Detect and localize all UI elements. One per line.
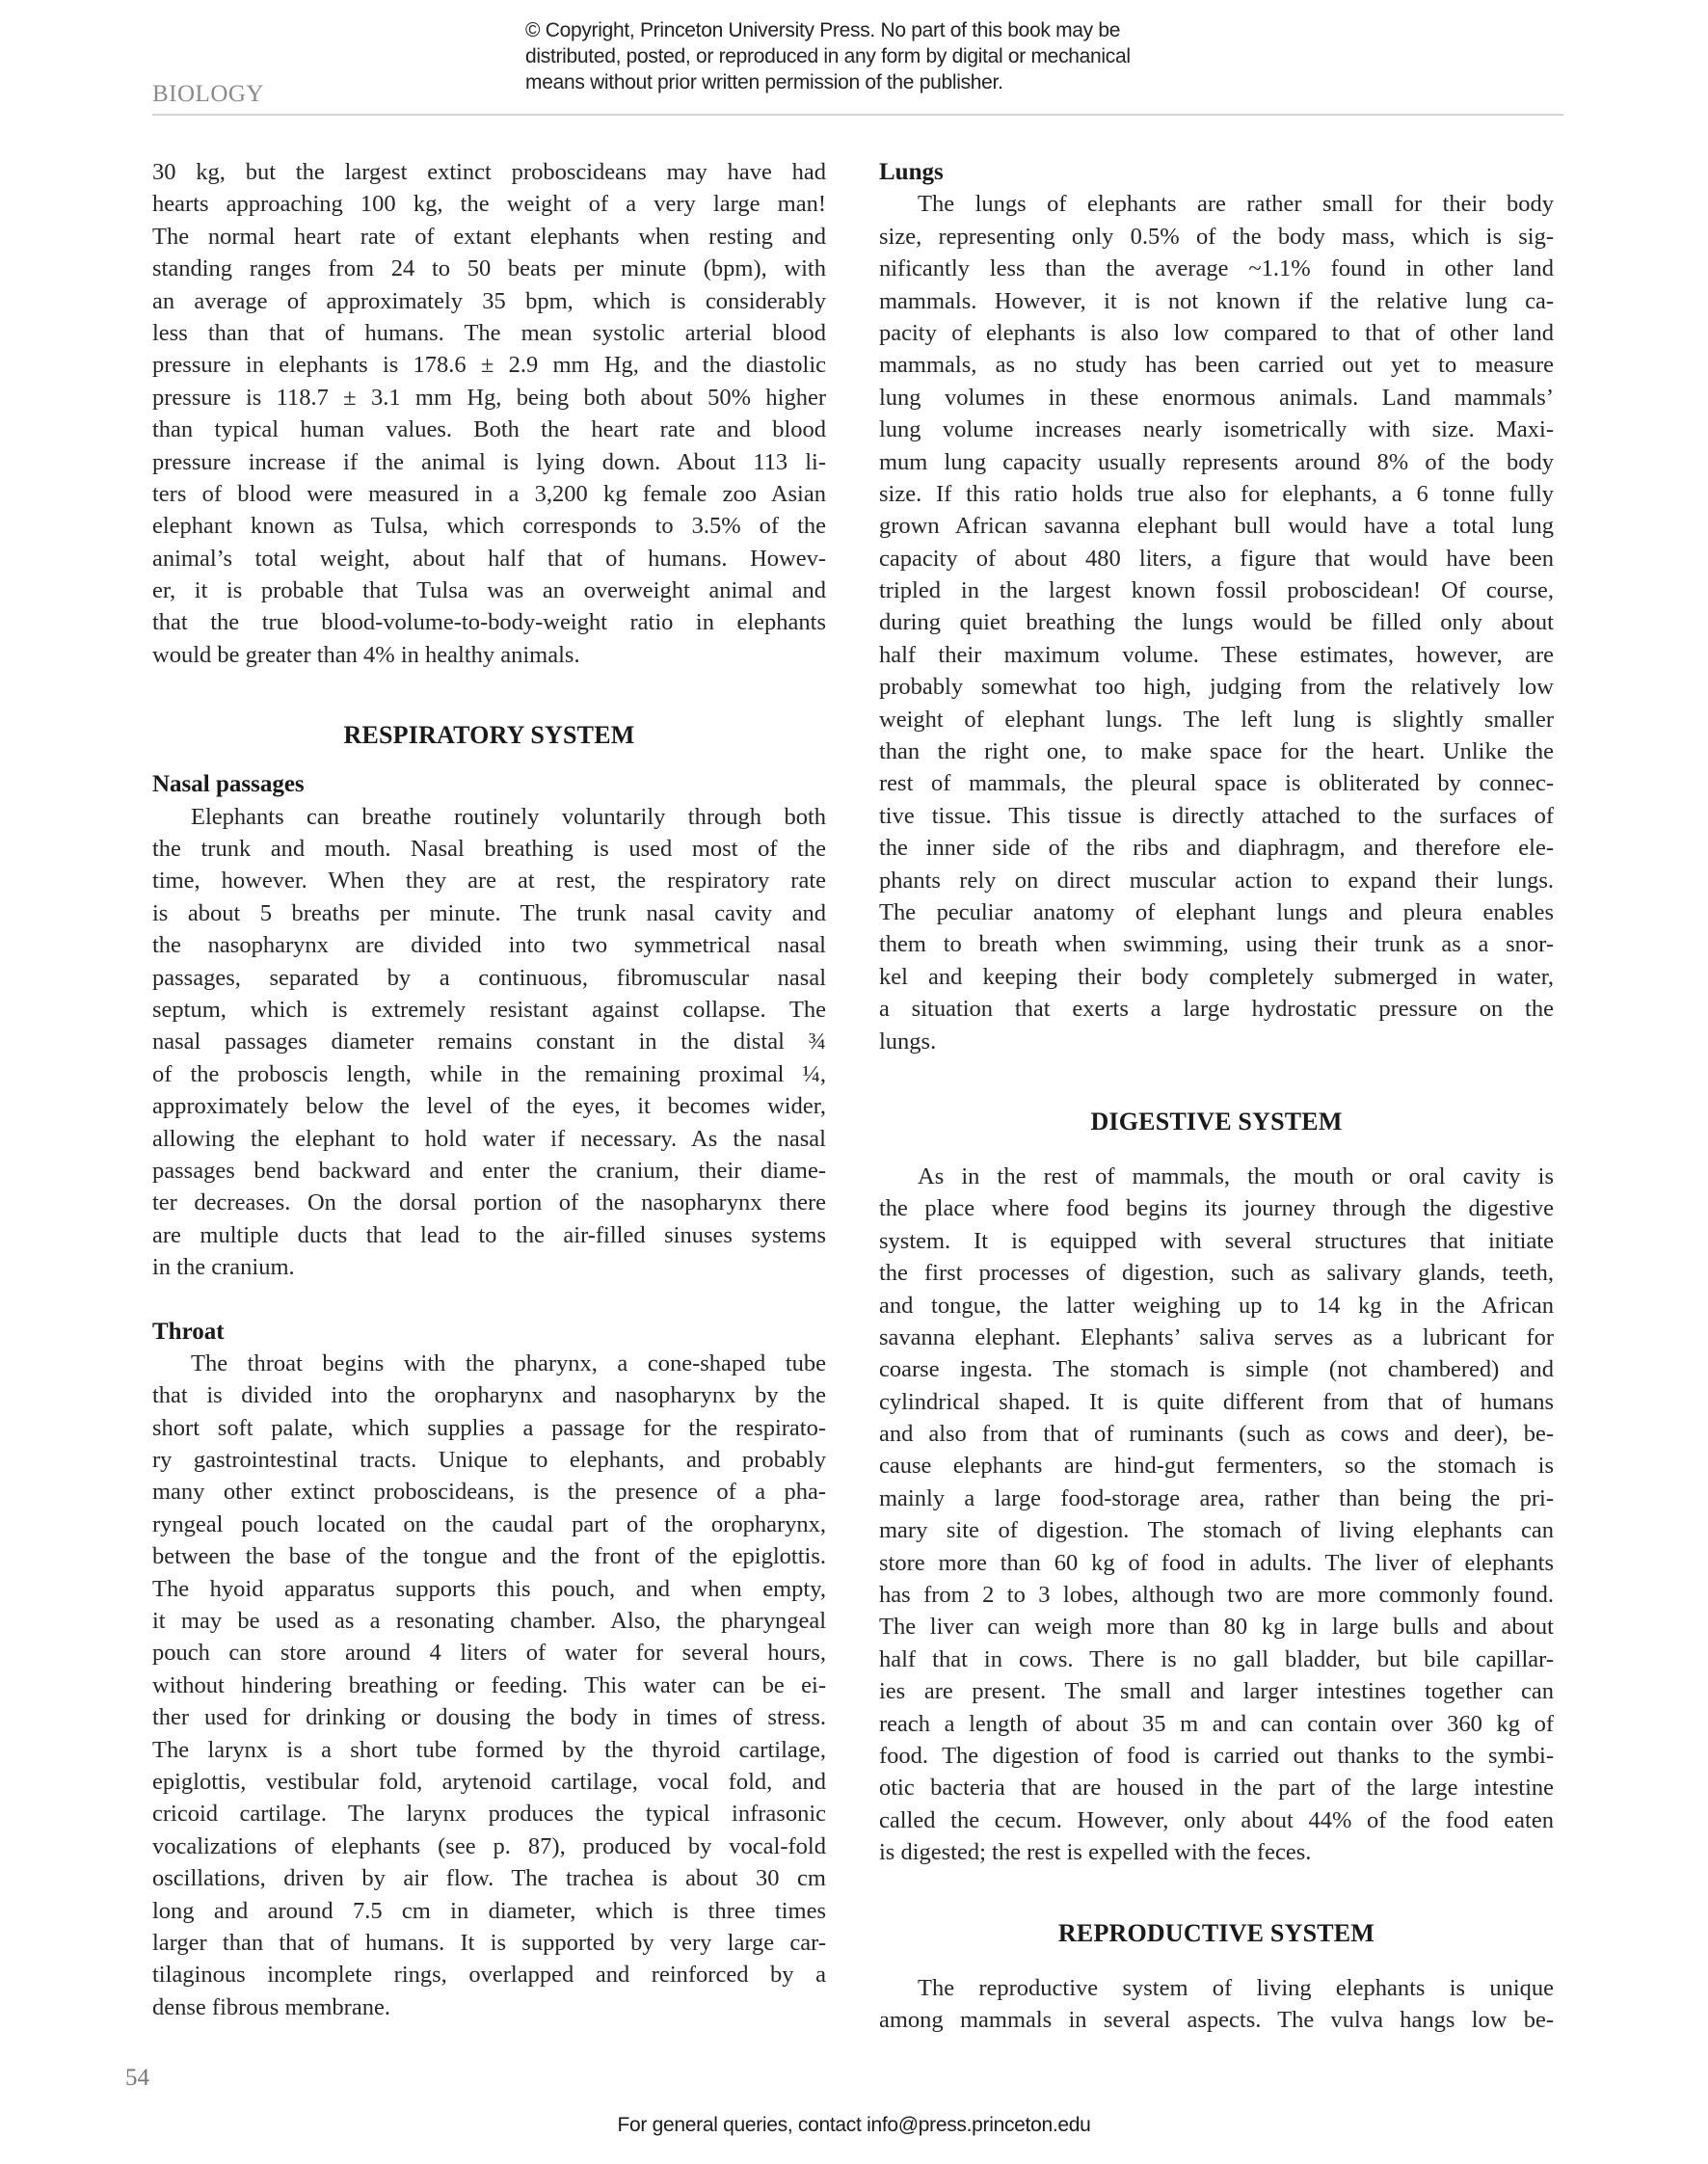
subheading-nasal-passages: Nasal passages <box>152 768 826 800</box>
text-line: septum, which is extremely resistant aga… <box>152 994 826 1026</box>
text-line: mammals, as no study has been carried ou… <box>879 349 1554 381</box>
text-line: short soft palate, which supplies a pass… <box>152 1412 826 1444</box>
text-line: mary site of digestion. The stomach of l… <box>879 1514 1554 1546</box>
copyright-notice: © Copyright, Princeton University Press.… <box>525 17 1200 95</box>
text-line: savanna elephant. Elephants’ saliva serv… <box>879 1322 1554 1353</box>
text-line: tripled in the largest known fossil prob… <box>879 574 1554 606</box>
text-line: nificantly less than the average ~1.1% f… <box>879 253 1554 284</box>
text-line: approximately below the level of the eye… <box>152 1090 826 1122</box>
subheading-lungs: Lungs <box>879 156 1554 188</box>
nasal-paragraph: Elephants can breathe routinely voluntar… <box>152 801 826 1284</box>
text-line: long and around 7.5 cm in diameter, whic… <box>152 1895 826 1927</box>
text-line: ryngeal pouch located on the caudal part… <box>152 1509 826 1540</box>
text-line: larger than that of humans. It is suppor… <box>152 1927 826 1959</box>
footer-contact: For general queries, contact info@press.… <box>0 2114 1708 2137</box>
text-line: that is divided into the oropharynx and … <box>152 1379 826 1411</box>
text-line: ry gastrointestinal tracts. Unique to el… <box>152 1444 826 1476</box>
text-line: coarse ingesta. The stomach is simple (n… <box>879 1353 1554 1385</box>
text-line: epiglottis, vestibular fold, arytenoid c… <box>152 1766 826 1798</box>
text-line: the place where food begins its journey … <box>879 1192 1554 1224</box>
text-line: Elephants can breathe routinely voluntar… <box>152 801 826 833</box>
text-line: ies are present. The small and larger in… <box>879 1675 1554 1707</box>
text-line: mainly a large food-storage area, rather… <box>879 1483 1554 1514</box>
text-line: among mammals in several aspects. The vu… <box>879 2004 1554 2036</box>
text-line: animal’s total weight, about half that o… <box>152 543 826 574</box>
text-line: lung volume increases nearly isometrical… <box>879 414 1554 445</box>
header-rule <box>152 114 1563 116</box>
lungs-paragraph: The lungs of elephants are rather small … <box>879 188 1554 1057</box>
page-number: 54 <box>125 2065 149 2092</box>
text-line: weight of elephant lungs. The left lung … <box>879 704 1554 735</box>
text-line: pressure is 118.7 ± 3.1 mm Hg, being bot… <box>152 382 826 414</box>
text-line: that the true blood-volume-to-body-weigh… <box>152 606 826 638</box>
text-line: are multiple ducts that lead to the air-… <box>152 1219 826 1251</box>
text-line: an average of approximately 35 bpm, whic… <box>152 285 826 317</box>
text-line: phants rely on direct muscular action to… <box>879 865 1554 896</box>
text-line: pressure increase if the animal is lying… <box>152 446 826 478</box>
text-line: than typical human values. Both the hear… <box>152 414 826 445</box>
text-line: a situation that exerts a large hydrosta… <box>879 993 1554 1025</box>
text-line: and tongue, the latter weighing up to 14… <box>879 1290 1554 1322</box>
text-line: pouch can store around 4 liters of water… <box>152 1637 826 1669</box>
section-title-respiratory: RESPIRATORY SYSTEM <box>152 716 826 755</box>
throat-paragraph: The throat begins with the pharynx, a co… <box>152 1348 826 2023</box>
copyright-line: means without prior written permission o… <box>525 69 1200 95</box>
text-line: standing ranges from 24 to 50 beats per … <box>152 253 826 284</box>
text-line: the nasopharynx are divided into two sym… <box>152 929 826 961</box>
text-line: food. The digestion of food is carried o… <box>879 1740 1554 1772</box>
text-line: vocalizations of elephants (see p. 87), … <box>152 1830 826 1862</box>
text-line: cylindrical shaped. It is quite differen… <box>879 1386 1554 1418</box>
text-line: elephant known as Tulsa, which correspon… <box>152 510 826 542</box>
text-line: ters of blood were measured in a 3,200 k… <box>152 478 826 510</box>
text-line: it may be used as a resonating chamber. … <box>152 1605 826 1637</box>
text-line: of the proboscis length, while in the re… <box>152 1058 826 1090</box>
reproductive-paragraph: The reproductive system of living elepha… <box>879 1972 1554 2037</box>
text-line: is about 5 breaths per minute. The trunk… <box>152 897 826 929</box>
copyright-line: © Copyright, Princeton University Press.… <box>525 17 1200 43</box>
text-line: passages, separated by a continuous, fib… <box>152 962 826 994</box>
intro-paragraph: 30 kg, but the largest extinct proboscid… <box>152 156 826 671</box>
text-line: tilaginous incomplete rings, overlapped … <box>152 1959 826 1990</box>
text-line: would be greater than 4% in healthy anim… <box>152 639 826 671</box>
text-line: without hindering breathing or feeding. … <box>152 1670 826 1701</box>
text-line: allowing the elephant to hold water if n… <box>152 1123 826 1155</box>
running-head: BIOLOGY <box>152 81 264 108</box>
text-line: er, it is probable that Tulsa was an ove… <box>152 574 826 606</box>
text-line: them to breath when swimming, using thei… <box>879 928 1554 960</box>
text-line: the first processes of digestion, such a… <box>879 1257 1554 1289</box>
text-line: less than that of humans. The mean systo… <box>152 317 826 349</box>
text-line: oscillations, driven by air flow. The tr… <box>152 1862 826 1894</box>
text-line: The throat begins with the pharynx, a co… <box>152 1348 826 1379</box>
text-line: capacity of about 480 liters, a figure t… <box>879 543 1554 574</box>
text-line: otic bacteria that are housed in the par… <box>879 1772 1554 1803</box>
text-line: The reproductive system of living elepha… <box>879 1972 1554 2004</box>
text-line: The lungs of elephants are rather small … <box>879 188 1554 220</box>
text-line: mammals. However, it is not known if the… <box>879 285 1554 317</box>
text-line: size. If this ratio holds true also for … <box>879 478 1554 510</box>
text-line: has from 2 to 3 lobes, although two are … <box>879 1579 1554 1611</box>
text-line: nasal passages diameter remains constant… <box>152 1026 826 1057</box>
section-title-digestive: DIGESTIVE SYSTEM <box>879 1103 1554 1141</box>
text-line: during quiet breathing the lungs would b… <box>879 606 1554 638</box>
text-line: cricoid cartilage. The larynx produces t… <box>152 1798 826 1830</box>
text-line: mum lung capacity usually represents aro… <box>879 446 1554 478</box>
text-line: The liver can weigh more than 80 kg in l… <box>879 1611 1554 1643</box>
text-line: system. It is equipped with several stru… <box>879 1225 1554 1257</box>
text-line: time, however. When they are at rest, th… <box>152 865 826 896</box>
text-line: between the base of the tongue and the f… <box>152 1540 826 1572</box>
text-line: hearts approaching 100 kg, the weight of… <box>152 188 826 220</box>
text-line: tive tissue. This tissue is directly att… <box>879 800 1554 832</box>
text-line: As in the rest of mammals, the mouth or … <box>879 1161 1554 1192</box>
text-line: half their maximum volume. These estimat… <box>879 639 1554 671</box>
text-line: cause elephants are hind-gut fermenters,… <box>879 1450 1554 1482</box>
text-line: lung volumes in these enormous animals. … <box>879 382 1554 414</box>
text-line: size, representing only 0.5% of the body… <box>879 221 1554 253</box>
text-line: pacity of elephants is also low compared… <box>879 317 1554 349</box>
text-line: in the cranium. <box>152 1251 826 1283</box>
digestive-paragraph: As in the rest of mammals, the mouth or … <box>879 1161 1554 1869</box>
text-line: is digested; the rest is expelled with t… <box>879 1836 1554 1868</box>
text-line: half that in cows. There is no gall blad… <box>879 1643 1554 1675</box>
text-line: the trunk and mouth. Nasal breathing is … <box>152 833 826 865</box>
text-line: The larynx is a short tube formed by the… <box>152 1734 826 1766</box>
text-line: reach a length of about 35 m and can con… <box>879 1708 1554 1740</box>
right-column: Lungs The lungs of elephants are rather … <box>879 156 1554 2036</box>
text-line: store more than 60 kg of food in adults.… <box>879 1547 1554 1579</box>
copyright-line: distributed, posted, or reproduced in an… <box>525 43 1200 69</box>
text-line: rest of mammals, the pleural space is ob… <box>879 767 1554 799</box>
text-line: grown African savanna elephant bull woul… <box>879 510 1554 542</box>
text-line: The hyoid apparatus supports this pouch,… <box>152 1573 826 1605</box>
text-line: kel and keeping their body completely su… <box>879 961 1554 993</box>
text-line: 30 kg, but the largest extinct proboscid… <box>152 156 826 188</box>
text-line: called the cecum. However, only about 44… <box>879 1804 1554 1836</box>
text-line: the inner side of the ribs and diaphragm… <box>879 832 1554 864</box>
text-line: The peculiar anatomy of elephant lungs a… <box>879 896 1554 928</box>
text-line: than the right one, to make space for th… <box>879 735 1554 767</box>
text-line: ter decreases. On the dorsal portion of … <box>152 1187 826 1218</box>
text-line: passages bend backward and enter the cra… <box>152 1155 826 1187</box>
text-line: The normal heart rate of extant elephant… <box>152 221 826 253</box>
text-line: ther used for drinking or dousing the bo… <box>152 1701 826 1733</box>
left-column: 30 kg, but the largest extinct proboscid… <box>152 156 826 2023</box>
text-line: many other extinct proboscideans, is the… <box>152 1476 826 1508</box>
text-line: lungs. <box>879 1026 1554 1057</box>
text-line: probably somewhat too high, judging from… <box>879 671 1554 703</box>
text-line: dense fibrous membrane. <box>152 1991 826 2023</box>
section-title-reproductive: REPRODUCTIVE SYSTEM <box>879 1914 1554 1953</box>
subheading-throat: Throat <box>152 1316 826 1348</box>
text-line: pressure in elephants is 178.6 ± 2.9 mm … <box>152 349 826 381</box>
text-line: and also from that of ruminants (such as… <box>879 1418 1554 1450</box>
